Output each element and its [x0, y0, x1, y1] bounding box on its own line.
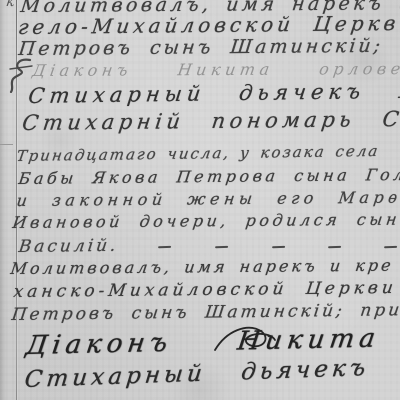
- cropped-text-fragment: к: [5, 0, 16, 10]
- filler-dash: [384, 243, 398, 245]
- manuscript-line: Молитвовалъ, имя нарекъ и кре: [9, 256, 394, 278]
- manuscript-page: к Молитвовалъ, имя нарекъ и кре гело-Мих…: [0, 0, 400, 400]
- manuscript-line: Василій.: [17, 236, 119, 257]
- manuscript-line-faint: Діаконъ Никита орлове: [31, 59, 400, 80]
- manuscript-line: Тринадцатаго числа, у козака села: [15, 142, 380, 165]
- filler-dash: [215, 243, 229, 245]
- manuscript-line: Стихарній пономарь Ст: [21, 107, 400, 135]
- manuscript-line: Стихарный дьячекъ Никиф: [27, 77, 400, 108]
- manuscript-line: ханско-Михайловской Церкви: [12, 278, 398, 302]
- manuscript-line: Ивановой дочери, родился сынъ: [11, 209, 400, 231]
- manuscript-line: и законной жены его Марѳы: [15, 187, 400, 210]
- filler-dash: [158, 243, 172, 245]
- manuscript-line: Петровъ сынъ Шатинскій; при крещ: [10, 299, 400, 325]
- manuscript-line: Бабы Якова Петрова сына Голода,: [18, 164, 400, 188]
- filler-dash: [272, 243, 286, 245]
- margin-tick-line: [0, 144, 13, 145]
- filler-dash: [328, 243, 342, 245]
- manuscript-line: Петровъ сынъ Шатинскій; при кре: [17, 34, 400, 60]
